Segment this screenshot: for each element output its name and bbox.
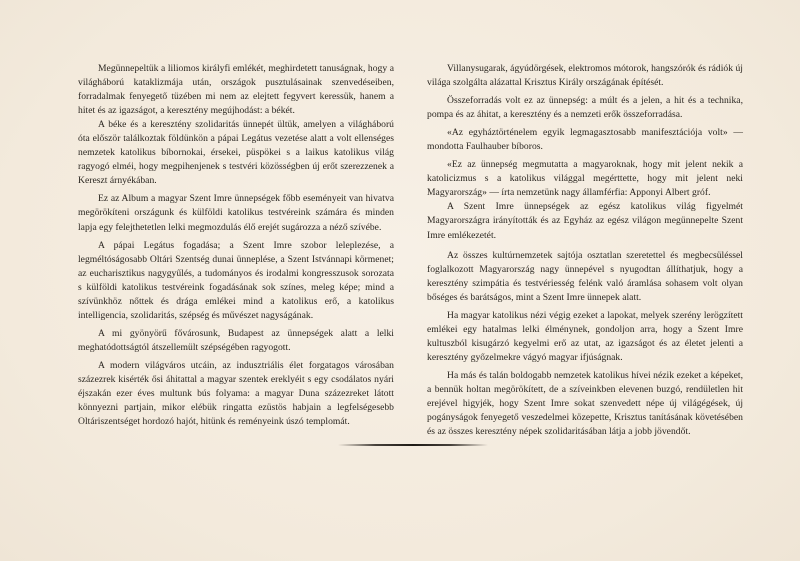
quote-faulhauber: «Az egyháztörténelem egyik legmagasztosa… [427,126,743,154]
paragraph-world-attention: A Szent Imre ünnepségek az egész katolik… [427,200,743,242]
paragraph-press: Az összes kultúrnemzetek sajtója osztatl… [427,249,743,305]
left-text-column: Megünnepeltük a liliomos királyfi emléké… [78,62,394,429]
document-page: Megünnepeltük a liliomos királyfi emléké… [0,0,800,561]
paragraph-intro: Megünnepeltük a liliomos királyfi emléké… [78,62,394,118]
paragraph-foreign-viewers: Ha más és talán boldogabb nemzetek katol… [427,369,743,439]
right-text-column: Villanysugarak, ágyúdörgések, elektromos… [427,62,743,439]
paragraph-events-list: A pápai Legátus fogadása; a Szent Imre s… [78,239,394,323]
decorative-divider-rule [338,444,488,446]
paragraph-peace-solidarity: A béke és a keresztény szolidaritás ünne… [78,118,394,188]
paragraph-modern-city: A modern világváros utcáin, az indusztri… [78,359,394,429]
paragraph-hungarian-viewer: Ha magyar katolikus nézi végig ezeket a … [427,309,743,365]
paragraph-album-purpose: Ez az Album a magyar Szent Imre ünnepség… [78,192,394,234]
quote-apponyi: «Ez az ünnepség megmutatta a magyaroknak… [427,158,743,200]
paragraph-technology: Villanysugarak, ágyúdörgések, elektromos… [427,62,743,90]
paragraph-union: Összeforradás volt ez az ünnepség: a múl… [427,94,743,122]
paragraph-budapest: A mi gyönyörű fővárosunk, Budapest az ün… [78,327,394,355]
